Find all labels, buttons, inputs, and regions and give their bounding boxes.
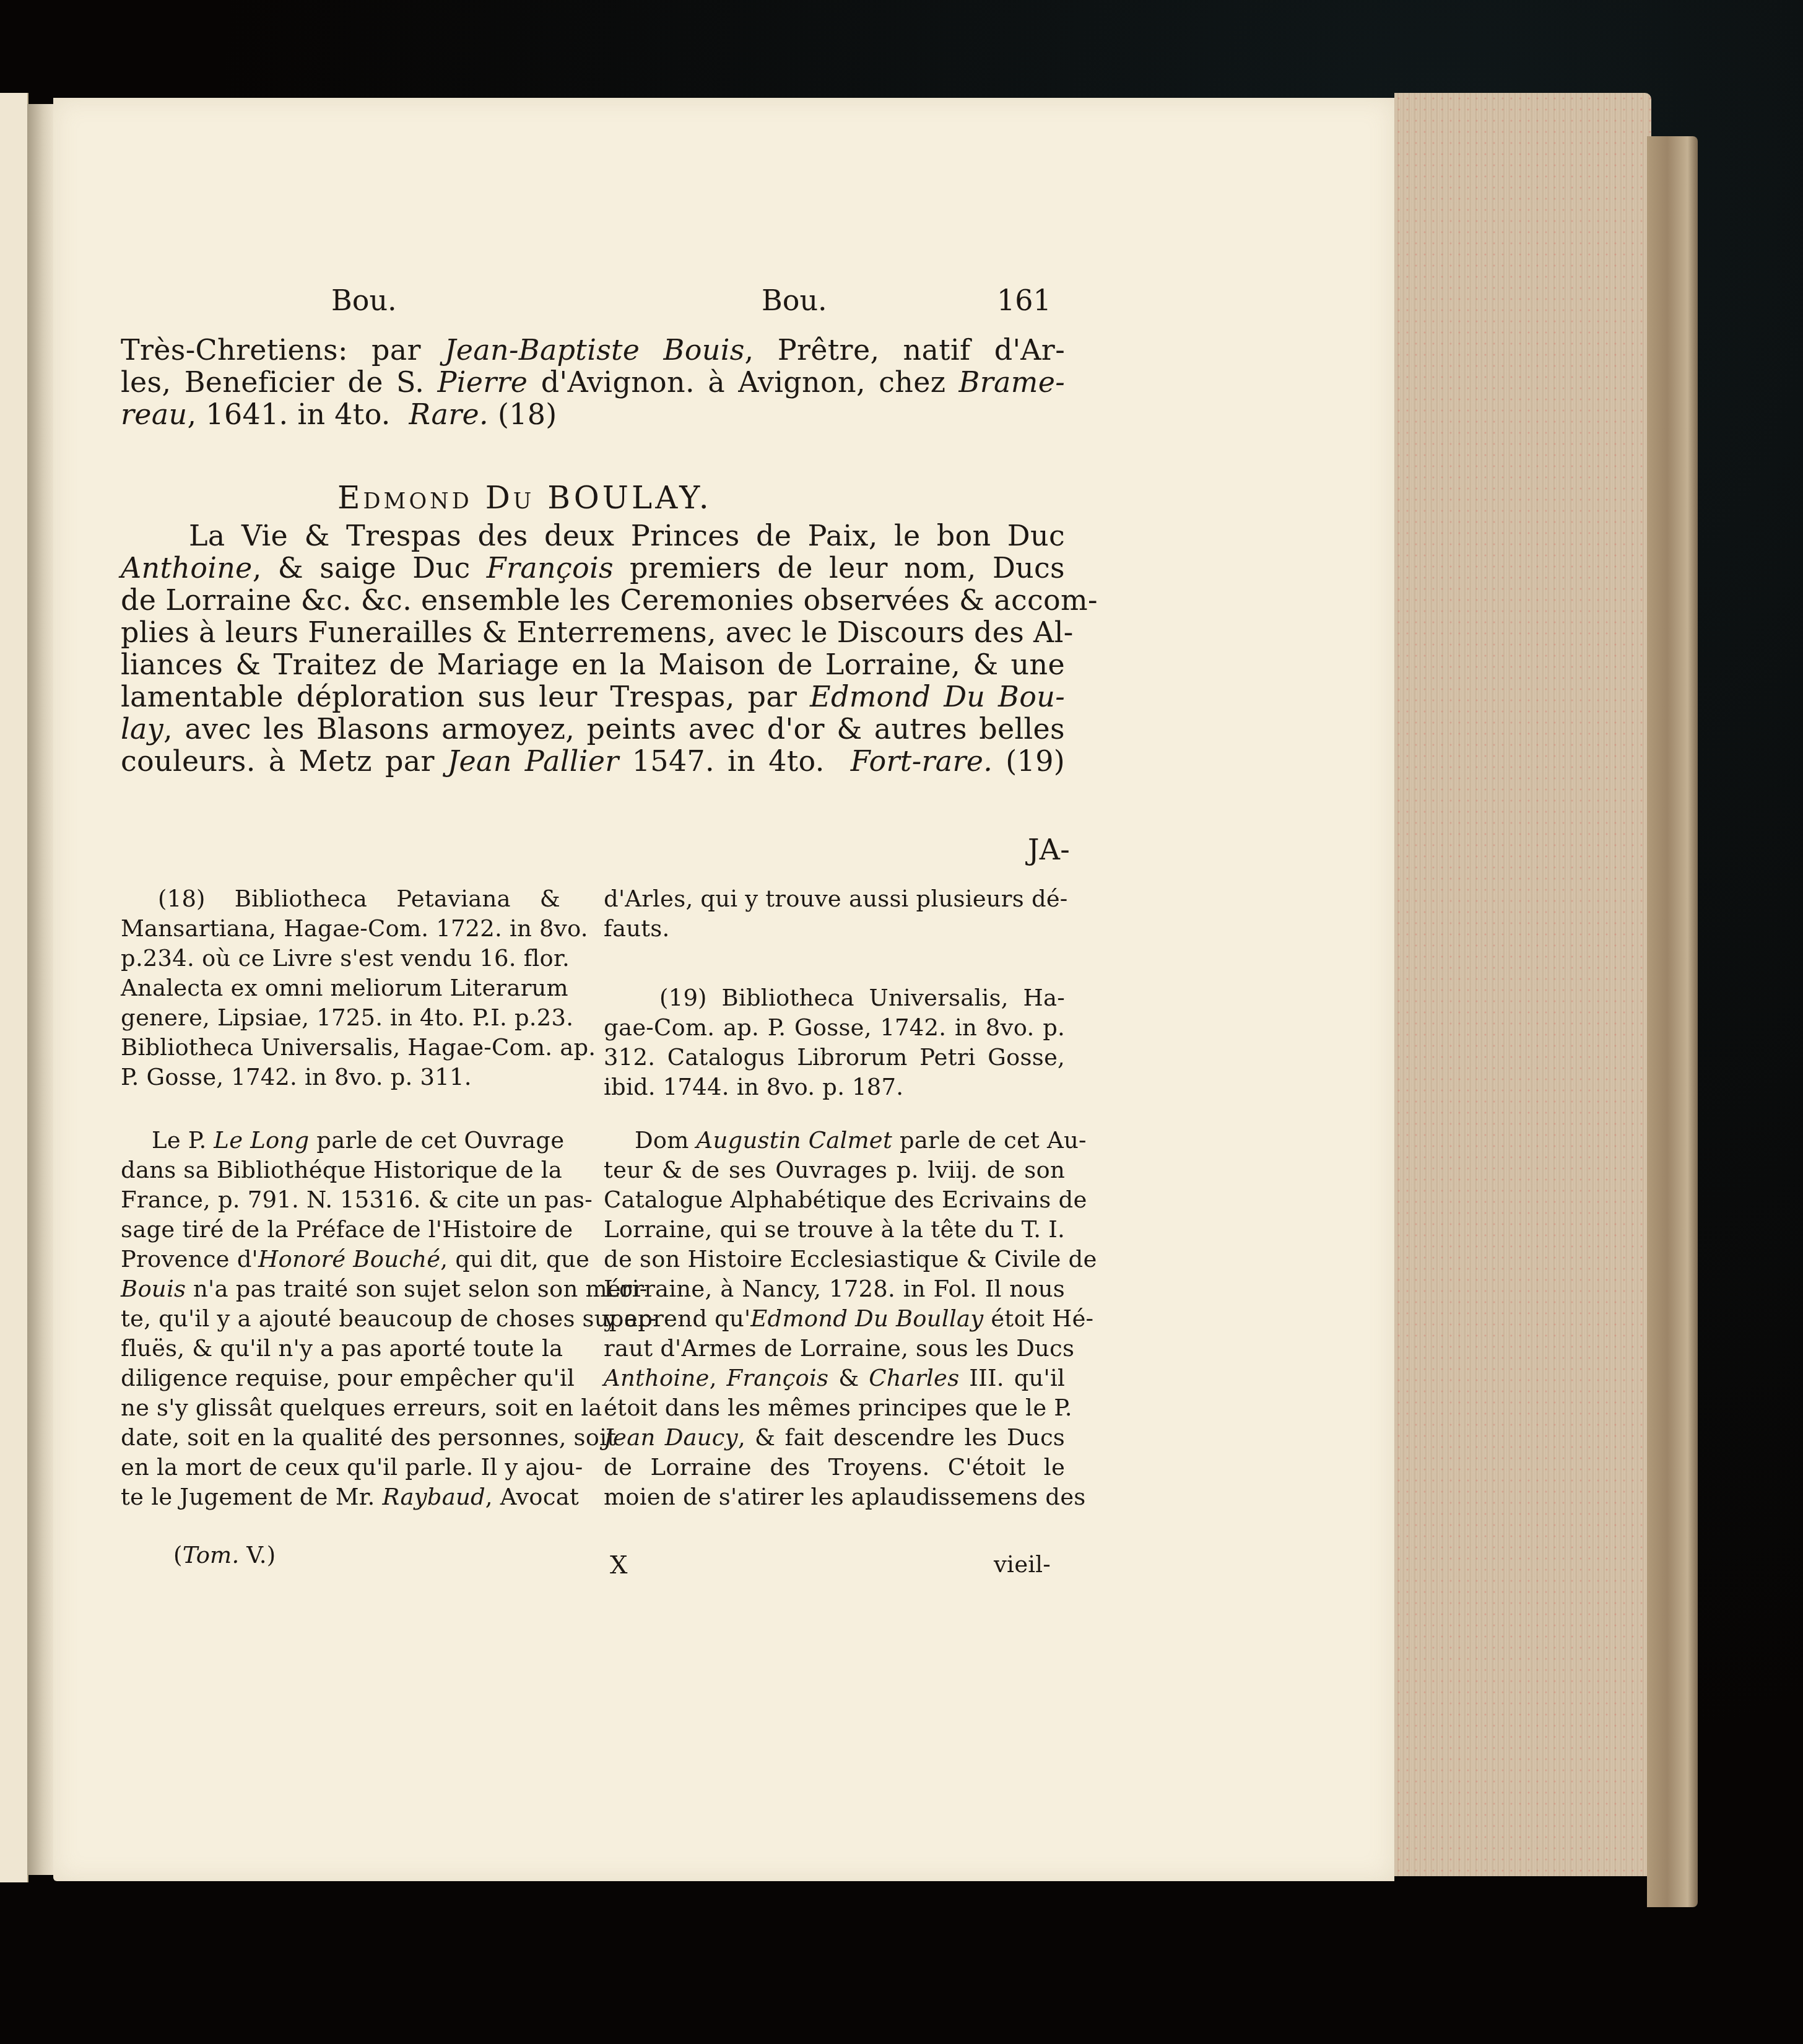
commentary-line: date, soit en la qualité des personnes, … bbox=[121, 1424, 616, 1451]
footnote-line: 312. Catalogus Librorum Petri Gosse, bbox=[604, 1044, 1065, 1071]
text-line: liances & Traitez de Mariage en la Maiso… bbox=[121, 648, 1065, 681]
commentary-line: Bouis n'a pas traité son sujet selon son… bbox=[121, 1276, 648, 1302]
commentary-line: étoit dans les mêmes principes que le P. bbox=[604, 1394, 1072, 1421]
commentary-line: ne s'y glissât quelques erreurs, soit en… bbox=[121, 1394, 602, 1421]
catchword-footnote: vieil- bbox=[994, 1551, 1051, 1578]
running-head-left: Bou. bbox=[331, 284, 397, 317]
text-line: lay, avec les Blasons armoyez, peints av… bbox=[121, 712, 1065, 746]
catchword-main: JA- bbox=[1028, 833, 1070, 866]
commentary-line: sage tiré de la Préface de l'Histoire de bbox=[121, 1216, 573, 1243]
commentary-line: Lorraine, à Nancy, 1728. in Fol. Il nous bbox=[604, 1276, 1065, 1302]
commentary-line: Lorraine, qui se trouve à la tête du T. … bbox=[604, 1216, 1065, 1243]
commentary-line: teur & de ses Ouvrages p. lviij. de son bbox=[604, 1157, 1065, 1183]
facing-page-edge bbox=[0, 93, 28, 1882]
leather-cover bbox=[1647, 136, 1698, 1907]
text-line: reau, 1641. in 4to. Rare. (18) bbox=[121, 398, 557, 431]
text-line: La Vie & Trespas des deux Princes de Pai… bbox=[189, 519, 1065, 552]
commentary-line: d'Arles, qui y trouve aussi plusieurs dé… bbox=[604, 885, 1068, 912]
commentary-line: Dom Augustin Calmet parle de cet Au- bbox=[635, 1127, 1087, 1154]
commentary-line: Jean Daucy, & fait descendre les Ducs bbox=[604, 1424, 1065, 1451]
footnote-line: P. Gosse, 1742. in 8vo. p. 311. bbox=[121, 1064, 472, 1090]
footnote-line: Mansartiana, Hagae-Com. 1722. in 8vo. bbox=[121, 915, 588, 942]
commentary-line: fluës, & qu'il n'y a pas aporté toute la bbox=[121, 1335, 563, 1362]
commentary-line: y aprend qu'Edmond Du Boullay étoit Hé- bbox=[604, 1305, 1093, 1332]
text-line: plies à leurs Funerailles & Enterremens,… bbox=[121, 615, 1074, 649]
commentary-line: de son Histoire Ecclesiastique & Civile … bbox=[604, 1246, 1097, 1272]
commentary-line: te, qu'il y a ajouté beaucoup de choses … bbox=[121, 1305, 656, 1332]
commentary-line: France, p. 791. N. 15316. & cite un pas- bbox=[121, 1186, 593, 1213]
footnote-line: (18) Bibliotheca Petaviana & bbox=[158, 885, 560, 912]
text-line: les, Beneficier de S. Pierre d'Avignon. … bbox=[121, 365, 1065, 399]
commentary-line: te le Jugement de Mr. Raybaud, Avocat bbox=[121, 1484, 579, 1510]
text-line: de Lorraine &c. &c. ensemble les Ceremon… bbox=[121, 583, 1098, 617]
entry-heading: Edmond Du BOULAY. bbox=[337, 480, 712, 516]
volume-mark: (Tom. V.) bbox=[173, 1542, 276, 1568]
commentary-line: moien de s'atirer les aplaudissemens des bbox=[604, 1484, 1085, 1510]
text-line: Très-Chretiens: par Jean-Baptiste Bouis,… bbox=[121, 333, 1065, 367]
footnote-line: Bibliotheca Universalis, Hagae-Com. ap. bbox=[121, 1034, 596, 1061]
text-line: lamentable déploration sus leur Trespas,… bbox=[121, 680, 1065, 713]
commentary-line: diligence requise, pour empêcher qu'il bbox=[121, 1365, 575, 1391]
footnote-line: ibid. 1744. in 8vo. p. 187. bbox=[604, 1074, 903, 1100]
commentary-line: dans sa Bibliothéque Historique de la bbox=[121, 1157, 562, 1183]
footnote-line: p.234. où ce Livre s'est vendu 16. flor. bbox=[121, 945, 570, 972]
footnote-line: (19) Bibliotheca Universalis, Ha- bbox=[659, 985, 1065, 1011]
running-head-center: Bou. bbox=[762, 284, 827, 317]
book-gutter bbox=[27, 104, 54, 1875]
commentary-line: Catalogue Alphabétique des Ecrivains de bbox=[604, 1186, 1087, 1213]
commentary-line: en la mort de ceux qu'il parle. Il y ajo… bbox=[121, 1454, 583, 1481]
footnote-line: Analecta ex omni meliorum Literarum bbox=[121, 975, 568, 1001]
footnote-line: genere, Lipsiae, 1725. in 4to. P.I. p.23… bbox=[121, 1004, 573, 1031]
commentary-line: raut d'Armes de Lorraine, sous les Ducs bbox=[604, 1335, 1074, 1362]
page-number: 161 bbox=[997, 284, 1051, 317]
commentary-line: de Lorraine des Troyens. C'étoit le bbox=[604, 1454, 1065, 1481]
sprinkled-edge-pattern bbox=[1394, 93, 1651, 1876]
commentary-line: fauts. bbox=[604, 915, 669, 942]
commentary-line: Anthoine, François & Charles III. qu'il bbox=[604, 1365, 1065, 1391]
text-line: Anthoine, & saige Duc François premiers … bbox=[121, 551, 1065, 585]
footnote-line: gae-Com. ap. P. Gosse, 1742. in 8vo. p. bbox=[604, 1014, 1065, 1041]
page-block-edges bbox=[1394, 93, 1651, 1876]
text-line: couleurs. à Metz par Jean Pallier 1547. … bbox=[121, 744, 1065, 778]
commentary-line: Provence d'Honoré Bouché, qui dit, que bbox=[121, 1246, 589, 1272]
signature-mark: X bbox=[610, 1551, 628, 1580]
commentary-line: Le P. Le Long parle de cet Ouvrage bbox=[152, 1127, 564, 1154]
